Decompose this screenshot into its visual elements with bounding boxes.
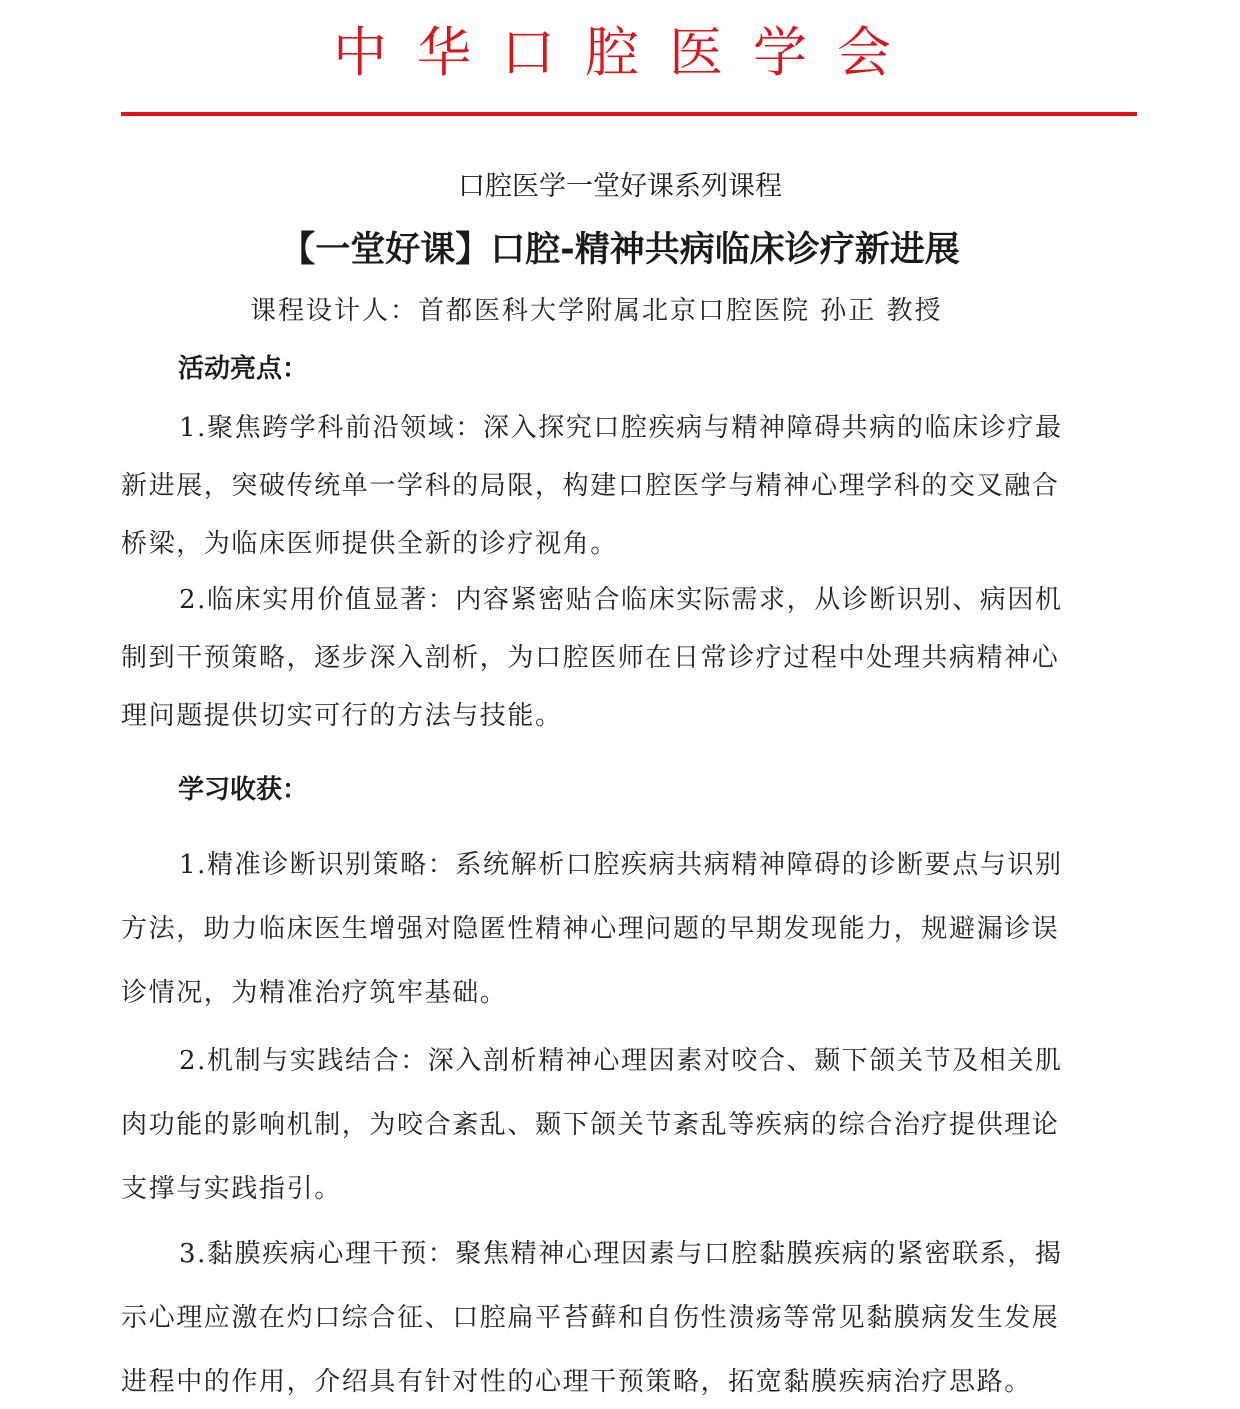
paragraph-line: 2.机制与实践结合：深入剖析精神心理因素对咬合、颞下颌关节及相关肌 (121, 1029, 1121, 1093)
paragraph-line: 1.聚焦跨学科前沿领域：深入探究口腔疾病与精神障碍共病的临床诊疗最 (121, 399, 1121, 457)
paragraph-line: 新进展，突破传统单一学科的局限，构建口腔医学与精神心理学科的交叉融合 (121, 457, 1121, 515)
header-red-rule (121, 112, 1137, 116)
course-series: 口腔医学一堂好课系列课程 (0, 168, 1240, 206)
paragraph-line: 示心理应激在灼口综合征、口腔扁平苔藓和自伤性溃疡等常见黏膜病发生发展 (121, 1286, 1121, 1350)
outcome-item: 1.精准诊断识别策略：系统解析口腔疾病共病精神障碍的诊断要点与识别 方法，助力临… (121, 833, 1121, 1025)
highlights-heading: 活动亮点： (178, 350, 308, 388)
organization-title: 中华口腔医学会 (0, 18, 1240, 88)
paragraph-line: 1.精准诊断识别策略：系统解析口腔疾病共病精神障碍的诊断要点与识别 (121, 833, 1121, 897)
paragraph-line: 2.临床实用价值显著：内容紧密贴合临床实际需求，从诊断识别、病因机 (121, 571, 1121, 629)
paragraph-line: 方法，助力临床医生增强对隐匿性精神心理问题的早期发现能力，规避漏诊误 (121, 897, 1121, 961)
paragraph-line: 支撑与实践指引。 (121, 1157, 1121, 1221)
course-designer: 课程设计人：首都医科大学附属北京口腔医院 孙正 教授 (250, 292, 943, 330)
outcomes-heading: 学习收获： (178, 771, 308, 809)
paragraph-line: 理问题提供切实可行的方法与技能。 (121, 687, 1121, 745)
highlight-item: 2.临床实用价值显著：内容紧密贴合临床实际需求，从诊断识别、病因机 制到干预策略… (121, 571, 1121, 745)
paragraph-line: 进程中的作用，介绍具有针对性的心理干预策略，拓宽黏膜疾病治疗思路。 (121, 1350, 1121, 1409)
outcome-item: 3.黏膜疾病心理干预：聚焦精神心理因素与口腔黏膜疾病的紧密联系，揭 示心理应激在… (121, 1222, 1121, 1409)
outcome-item: 2.机制与实践结合：深入剖析精神心理因素对咬合、颞下颌关节及相关肌 肉功能的影响… (121, 1029, 1121, 1221)
paragraph-line: 诊情况，为精准治疗筑牢基础。 (121, 961, 1121, 1025)
paragraph-line: 桥梁，为临床医师提供全新的诊疗视角。 (121, 515, 1121, 573)
paragraph-line: 3.黏膜疾病心理干预：聚焦精神心理因素与口腔黏膜疾病的紧密联系，揭 (121, 1222, 1121, 1286)
highlight-item: 1.聚焦跨学科前沿领域：深入探究口腔疾病与精神障碍共病的临床诊疗最 新进展，突破… (121, 399, 1121, 573)
paragraph-line: 制到干预策略，逐步深入剖析，为口腔医师在日常诊疗过程中处理共病精神心 (121, 629, 1121, 687)
paragraph-line: 肉功能的影响机制，为咬合紊乱、颞下颌关节紊乱等疾病的综合治疗提供理论 (121, 1093, 1121, 1157)
course-title: 【一堂好课】口腔-精神共病临床诊疗新进展 (0, 226, 1240, 274)
